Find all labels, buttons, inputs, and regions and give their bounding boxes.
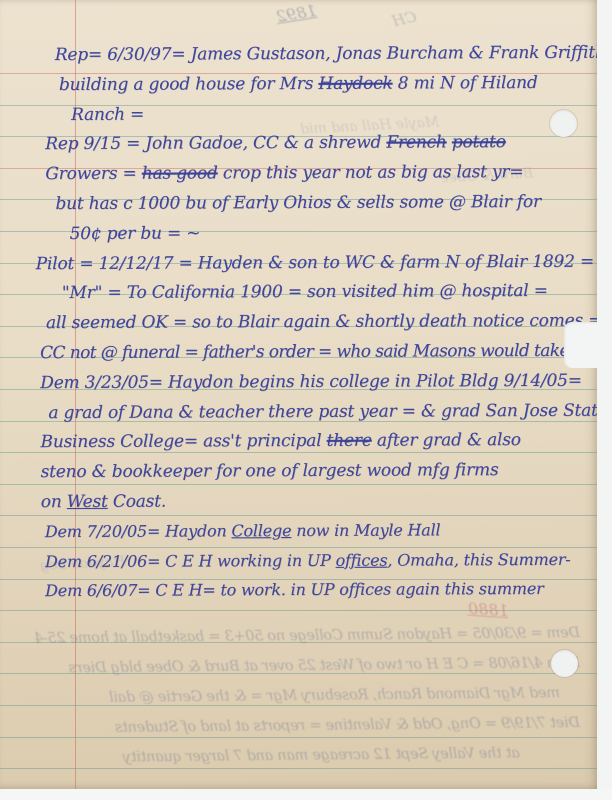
text: building a good house for Mrs <box>59 74 319 95</box>
handwriting-line: Ranch = <box>71 102 596 134</box>
text: Dem 7/20/05= Haydon <box>45 521 232 541</box>
struck-text: potato <box>452 132 506 152</box>
handwriting-line: Dem 6/21/06= C E H working in UP offices… <box>45 549 597 581</box>
text: Dem 3/23/05= Haydon begins his college i… <box>40 371 582 393</box>
text: Rep= 6/30/97= James Gustason, Jonas Burc… <box>55 43 597 65</box>
handwriting-line: 50¢ per bu = ~ <box>70 221 597 253</box>
scanner-background-right <box>597 0 612 800</box>
struck-text: Haydock <box>318 73 392 93</box>
text: 8 mi N of Hiland <box>392 73 537 94</box>
text: Dem 6/6/07= C E H= to work. in UP office… <box>45 579 543 600</box>
handwriting-line: all seemed OK = so to Blair again & shor… <box>46 311 597 343</box>
text: Pilot = 12/12/17 = Hayden & son to WC & … <box>36 251 594 273</box>
punch-hole-top <box>550 110 577 137</box>
handwriting-line: Rep 9/15 = John Gadoe, CC & a shrewd Fre… <box>45 132 596 164</box>
text: Rep 9/15 = John Gadoe, CC & a shrewd <box>45 133 386 154</box>
text: Ranch = <box>71 104 144 124</box>
text: , Omaha, this Summer- <box>387 549 570 569</box>
text: 50¢ per bu = ~ <box>70 223 201 244</box>
bleedthrough-year-mark: 1892 <box>275 1 318 26</box>
handwriting-line: building a good house for Mrs Haydock 8 … <box>59 72 596 104</box>
handwriting-line: Rep= 6/30/97= James Gustason, Jonas Burc… <box>55 43 596 75</box>
underlined-text: College <box>231 521 291 540</box>
scanned-document: 1892 CH Mayle Hall and mid Burd & Obee H… <box>0 0 612 800</box>
struck-text: there <box>327 431 372 451</box>
handwriting-line: Growers = has good crop this year not as… <box>45 162 596 194</box>
handwriting-line: CC not @ funeral = father's order = who … <box>40 341 597 373</box>
handwriting-line: steno & bookkeeper for one of largest wo… <box>41 460 597 492</box>
text: Dem 6/21/06= C E H working in UP <box>45 550 336 570</box>
text: Business College= ass't principal <box>40 431 326 452</box>
bleedthrough-red-year-mark: 1880 <box>467 599 509 621</box>
scanner-background-bottom <box>0 789 612 800</box>
text: Growers = <box>45 164 142 184</box>
handwriting-line: a grad of Dana & teacher there past year… <box>48 400 597 432</box>
punch-hole-bottom <box>551 650 578 677</box>
handwriting-line: "Mr" = To California 1900 = son visited … <box>62 281 597 313</box>
text: Coast. <box>108 492 166 512</box>
text: after grad & also <box>372 430 521 451</box>
bleedthrough-bottom-block: Dem = 9/30/05 = Haydon Summ College no 5… <box>8 628 580 778</box>
struck-text: French <box>386 133 446 153</box>
handwriting-line: on West Coast. <box>41 490 597 522</box>
text: CC not @ funeral = father's order = who … <box>40 341 597 364</box>
text: on <box>41 492 67 512</box>
handwriting-line: but has c 1000 bu of Early Ohios & sells… <box>55 192 596 224</box>
text: a grad of Dana & teacher there past year… <box>48 400 597 422</box>
text: steno & bookkeeper for one of largest wo… <box>41 460 499 482</box>
handwriting-line: Dem 6/6/07= C E H= to work. in UP office… <box>45 579 597 611</box>
handwriting-line: Dem 7/20/05= Haydon College now in Mayle… <box>45 519 597 551</box>
paper-edge-notch <box>564 322 597 368</box>
text: but has c 1000 bu of Early Ohios & sells… <box>55 192 540 214</box>
text: now in Mayle Hall <box>291 520 440 540</box>
handwriting-line: Pilot = 12/12/17 = Hayden & son to WC & … <box>36 251 597 283</box>
text: "Mr" = To California 1900 = son visited … <box>62 281 548 303</box>
text: all seemed OK = so to Blair again & shor… <box>46 311 597 333</box>
handwriting-line: Dem 3/23/05= Haydon begins his college i… <box>40 370 597 402</box>
bleedthrough-line: at the Valley Sept 12 acreage man and 7 … <box>8 745 520 780</box>
underlined-text: offices <box>336 550 388 569</box>
text: crop this year not as big as last yr= <box>218 162 524 183</box>
bleedthrough-initials-mark: CH <box>390 8 418 31</box>
underlined-text: West <box>67 492 108 512</box>
handwriting-line: Business College= ass't principal there … <box>40 430 597 462</box>
paper: 1892 CH Mayle Hall and mid Burd & Obee H… <box>0 0 597 789</box>
handwriting: Rep= 6/30/97= James Gustason, Jonas Burc… <box>0 43 597 612</box>
struck-text: has good <box>142 164 218 184</box>
